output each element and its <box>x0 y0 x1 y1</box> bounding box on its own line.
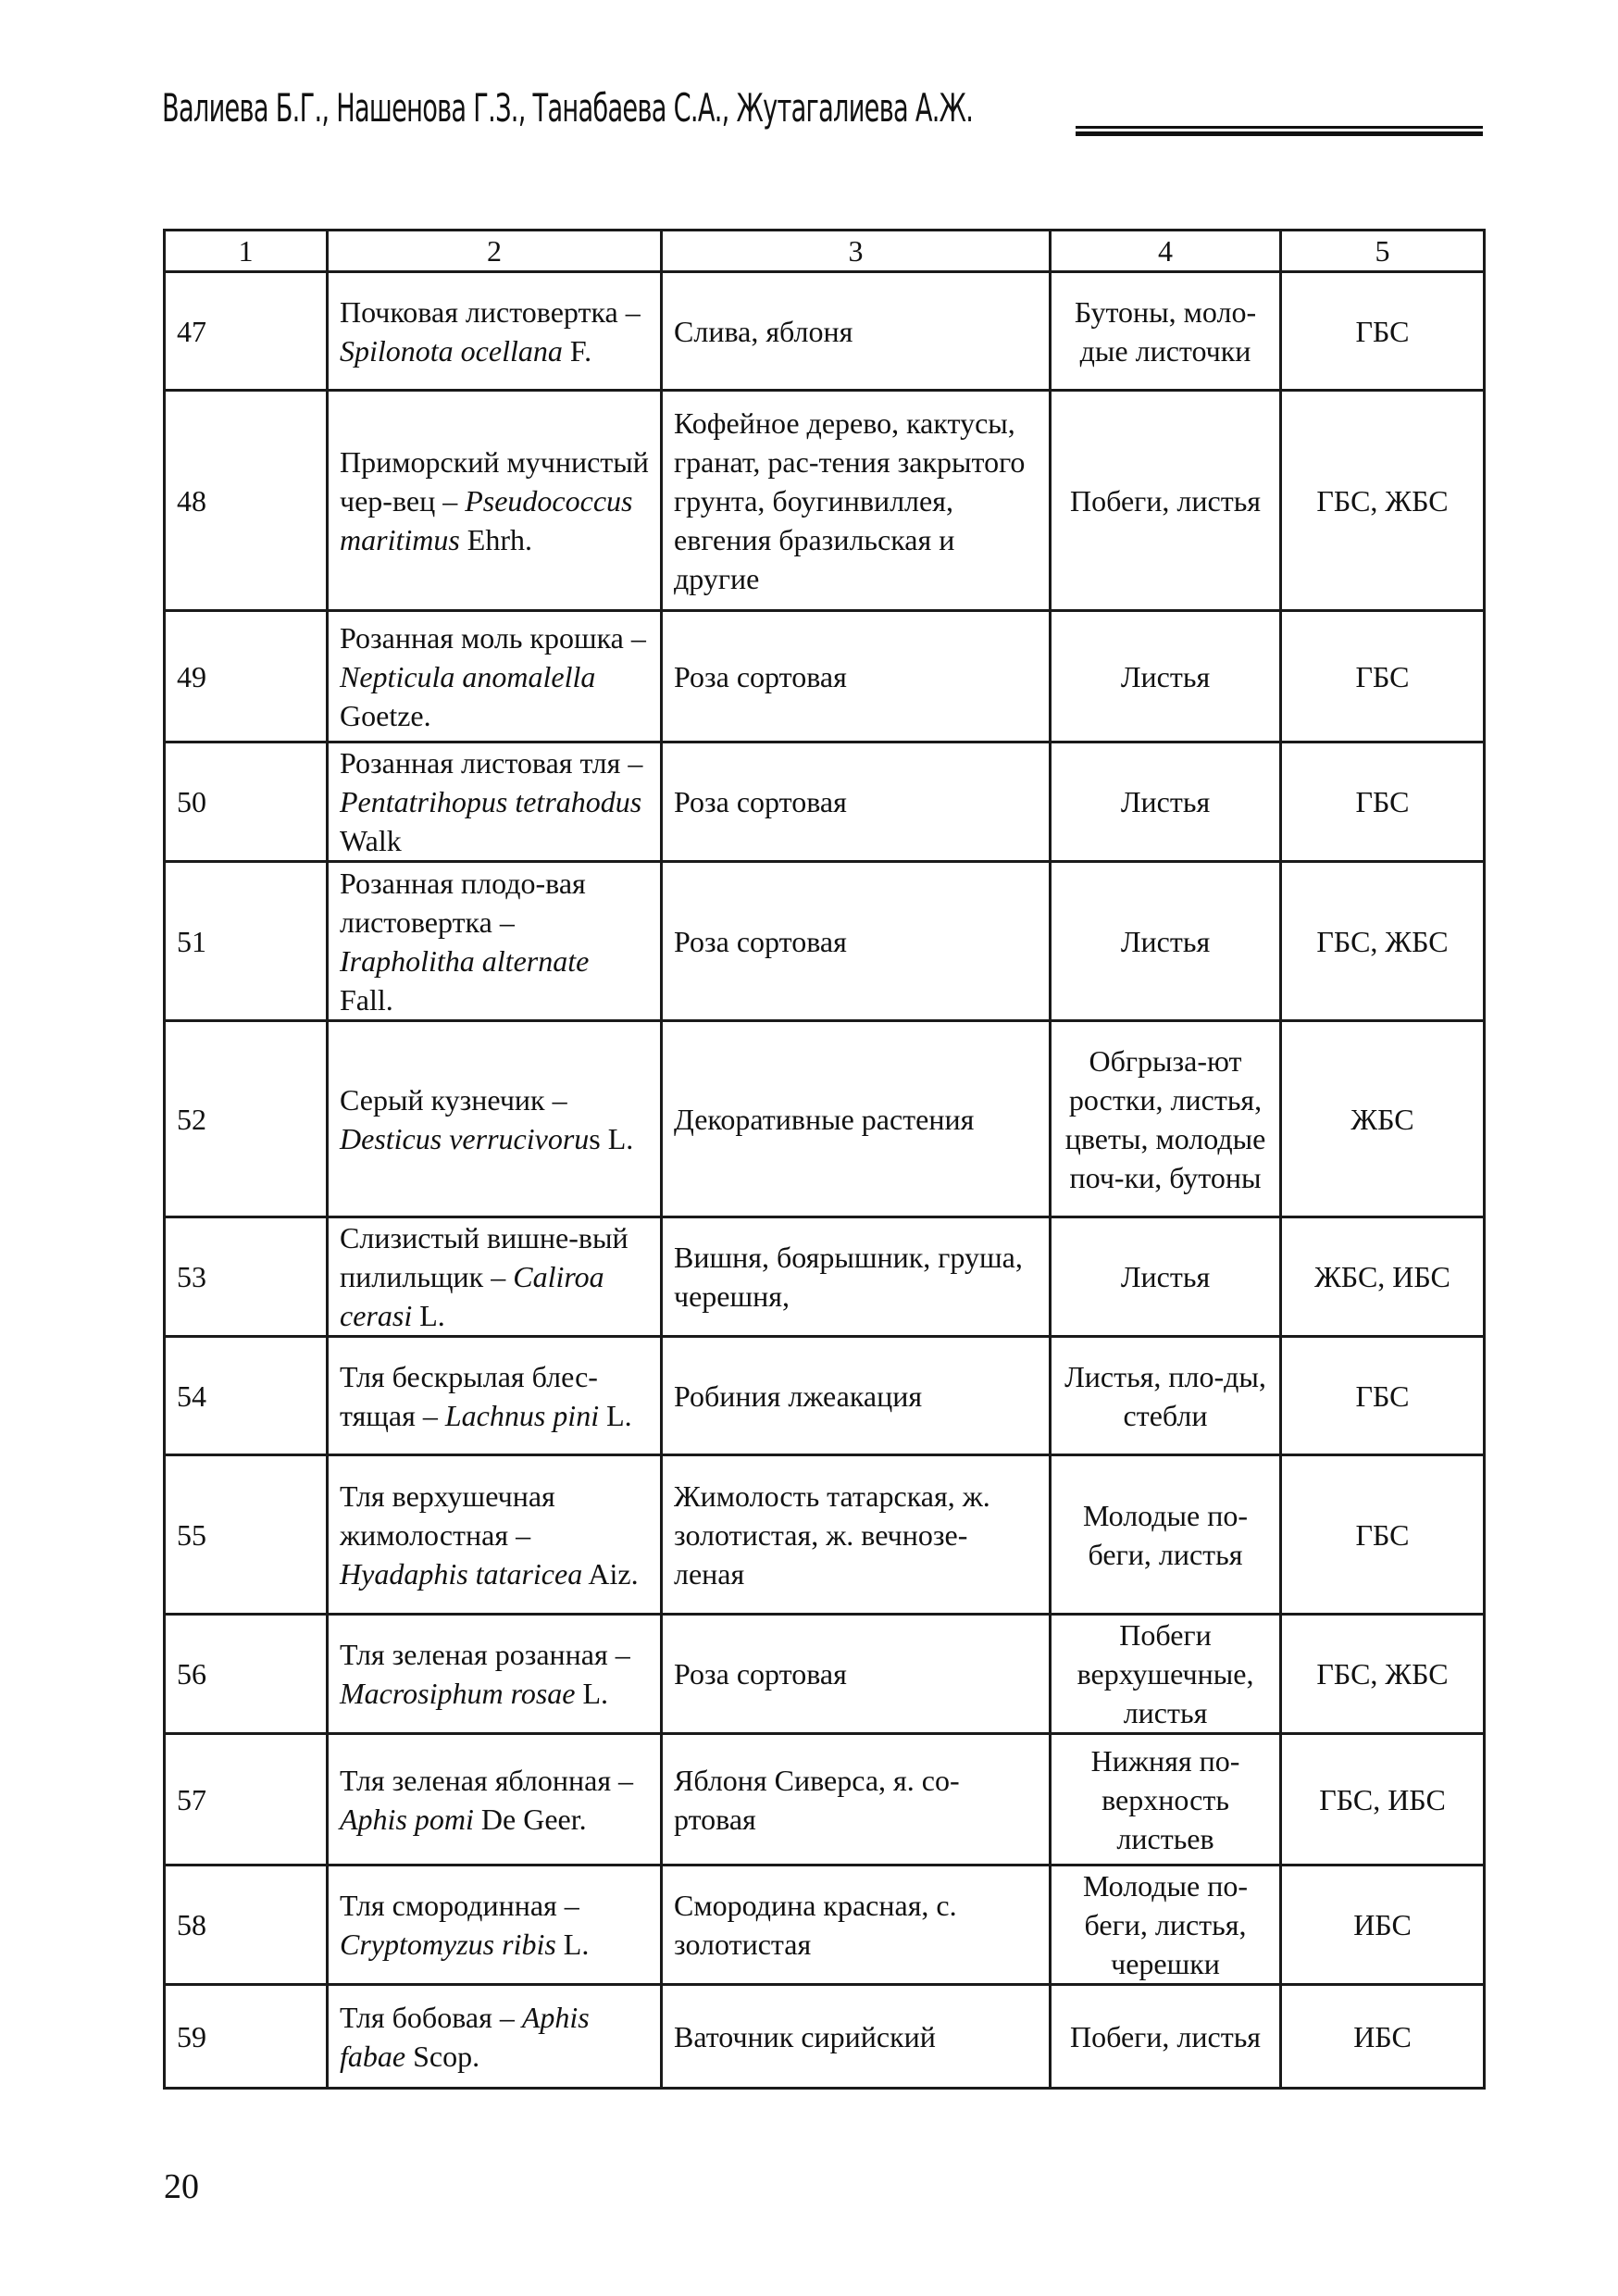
pest-name-scientific: Spilonota ocellana <box>340 334 563 368</box>
damaged-parts: Нижняя по-верхность листьев <box>1051 1734 1281 1865</box>
column-number: 5 <box>1281 231 1485 272</box>
garden-location: ГБС, ЖБС <box>1281 391 1485 611</box>
host-plants: Декоративные растения <box>662 1021 1051 1217</box>
table-row: 58Тля смородинная – Cryptomyzus ribis L.… <box>165 1865 1485 1985</box>
row-number: 52 <box>165 1021 328 1217</box>
pest-name-ru: Тля верхушечная жимолостная – <box>340 1479 555 1552</box>
row-number: 56 <box>165 1615 328 1734</box>
pest-name-ru: Тля смородинная – <box>340 1889 579 1922</box>
column-number: 4 <box>1051 231 1281 272</box>
pest-name-ru: Розанная листовая тля – <box>340 746 642 780</box>
pest-name-scientific: Desticus verrucivoru <box>340 1122 589 1155</box>
header-rule-thin <box>1076 126 1483 129</box>
pest-name-author: L. <box>599 1399 632 1432</box>
row-number: 51 <box>165 862 328 1021</box>
pest-name-ru: Тля зеленая розанная – <box>340 1638 630 1671</box>
table-row: 55Тля верхушечная жимолостная – Hyadaphi… <box>165 1455 1485 1615</box>
pest-name-ru: Почковая листовертка – <box>340 295 641 329</box>
pest-name-author: De Geer. <box>474 1803 587 1836</box>
column-number: 2 <box>328 231 662 272</box>
pest-name: Слизистый вишне-вый пилильщик – Caliroa … <box>328 1217 662 1337</box>
host-plants: Слива, яблоня <box>662 272 1051 391</box>
garden-location: ГБС, ЖБС <box>1281 862 1485 1021</box>
garden-location: ИБС <box>1281 1865 1485 1985</box>
table-row: 52Серый кузнечик – Desticus verrucivorus… <box>165 1021 1485 1217</box>
damaged-parts: Молодые по-беги, листья, черешки <box>1051 1865 1281 1985</box>
pest-name-scientific: Hyadaphis tataricea <box>340 1557 582 1591</box>
damaged-parts: Побеги, листья <box>1051 1985 1281 2089</box>
damaged-parts: Листья, пло-ды, стебли <box>1051 1337 1281 1455</box>
damaged-parts: Бутоны, моло-дые листочки <box>1051 272 1281 391</box>
pest-name-author: s L. <box>589 1122 633 1155</box>
pest-name: Розанная плодо-вая листовертка – Iraphol… <box>328 862 662 1021</box>
pest-name-author: Aiz. <box>582 1557 638 1591</box>
damaged-parts: Побеги, листья <box>1051 391 1281 611</box>
pest-name: Приморский мучнистый чер-вец – Pseudococ… <box>328 391 662 611</box>
pest-name-author: Goetze. <box>340 699 431 732</box>
row-number: 53 <box>165 1217 328 1337</box>
row-number: 49 <box>165 611 328 742</box>
pest-name: Тля бескрылая блес-тящая – Lachnus pini … <box>328 1337 662 1455</box>
row-number: 58 <box>165 1865 328 1985</box>
pest-name-ru: Тля зеленая яблонная – <box>340 1764 633 1797</box>
pest-name-author: Fall. <box>340 983 393 1017</box>
pest-name-scientific: Irapholitha alternate <box>340 944 589 978</box>
pest-name-scientific: Aphis pomi <box>340 1803 474 1836</box>
pest-name: Тля бобовая – Aphis fabae Scop. <box>328 1985 662 2089</box>
pest-name-author: L. <box>412 1299 445 1332</box>
garden-location: ГБС, ЖБС <box>1281 1615 1485 1734</box>
table-row: 49Розанная моль крошка – Nepticula anoma… <box>165 611 1485 742</box>
pest-name-ru: Розанная моль крошка – <box>340 621 646 655</box>
pest-name-ru: Тля бобовая – <box>340 2001 522 2034</box>
pest-name-author: Scop. <box>405 2040 479 2073</box>
host-plants: Ваточник сирийский <box>662 1985 1051 2089</box>
garden-location: ЖБС <box>1281 1021 1485 1217</box>
row-number: 50 <box>165 742 328 862</box>
damaged-parts: Молодые по-беги, листья <box>1051 1455 1281 1615</box>
pest-name-scientific: Pentatrihopus tetrahodus <box>340 785 641 818</box>
host-plants: Кофейное дерево, кактусы, гранат, рас-те… <box>662 391 1051 611</box>
garden-location: ГБС <box>1281 272 1485 391</box>
garden-location: ГБС, ИБС <box>1281 1734 1485 1865</box>
host-plants: Роза сортовая <box>662 742 1051 862</box>
host-plants: Роза сортовая <box>662 1615 1051 1734</box>
pest-name: Почковая листовертка – Spilonota ocellan… <box>328 272 662 391</box>
pest-name-ru: Серый кузнечик – <box>340 1083 567 1117</box>
column-number: 1 <box>165 231 328 272</box>
table-row: 50Розанная листовая тля – Pentatrihopus … <box>165 742 1485 862</box>
garden-location: ГБС <box>1281 742 1485 862</box>
host-plants: Яблоня Сиверса, я. со-ртовая <box>662 1734 1051 1865</box>
garden-location: ИБС <box>1281 1985 1485 2089</box>
garden-location: ГБС <box>1281 611 1485 742</box>
pest-name: Розанная листовая тля – Pentatrihopus te… <box>328 742 662 862</box>
table-row: 59Тля бобовая – Aphis fabae Scop.Ваточни… <box>165 1985 1485 2089</box>
table-row: 48Приморский мучнистый чер-вец – Pseudoc… <box>165 391 1485 611</box>
table-row: 56Тля зеленая розанная – Macrosiphum ros… <box>165 1615 1485 1734</box>
pest-name-scientific: Nepticula anomalella <box>340 660 595 693</box>
damaged-parts: Листья <box>1051 862 1281 1021</box>
pest-name-author: Walk <box>340 824 402 857</box>
pest-name-author: Ehrh. <box>460 523 532 556</box>
row-number: 57 <box>165 1734 328 1865</box>
pest-name-author: F. <box>563 334 591 368</box>
pest-name-author: L. <box>576 1677 609 1710</box>
row-number: 59 <box>165 1985 328 2089</box>
host-plants: Роза сортовая <box>662 862 1051 1021</box>
table-row: 57Тля зеленая яблонная – Aphis pomi De G… <box>165 1734 1485 1865</box>
page-number: 20 <box>164 2166 199 2207</box>
column-number: 3 <box>662 231 1051 272</box>
pest-name: Розанная моль крошка – Nepticula anomale… <box>328 611 662 742</box>
damaged-parts: Обгрыза-ют ростки, листья, цветы, молоды… <box>1051 1021 1281 1217</box>
pest-name: Серый кузнечик – Desticus verrucivorus L… <box>328 1021 662 1217</box>
host-plants: Роза сортовая <box>662 611 1051 742</box>
row-number: 47 <box>165 272 328 391</box>
pest-name-scientific: Cryptomyzus ribis <box>340 1928 556 1961</box>
table-row: 51Розанная плодо-вая листовертка – Iraph… <box>165 862 1485 1021</box>
host-plants: Робиния лжеакация <box>662 1337 1051 1455</box>
garden-location: ГБС <box>1281 1337 1485 1455</box>
pest-name: Тля верхушечная жимолостная – Hyadaphis … <box>328 1455 662 1615</box>
damaged-parts: Листья <box>1051 611 1281 742</box>
damaged-parts: Листья <box>1051 742 1281 862</box>
garden-location: ЖБС, ИБС <box>1281 1217 1485 1337</box>
table-row: 54Тля бескрылая блес-тящая – Lachnus pin… <box>165 1337 1485 1455</box>
host-plants: Вишня, боярышник, груша, черешня, <box>662 1217 1051 1337</box>
table-row: 53Слизистый вишне-вый пилильщик – Caliro… <box>165 1217 1485 1337</box>
row-number: 48 <box>165 391 328 611</box>
row-number: 54 <box>165 1337 328 1455</box>
column-number-row: 1 2 3 4 5 <box>165 231 1485 272</box>
garden-location: ГБС <box>1281 1455 1485 1615</box>
damaged-parts: Листья <box>1051 1217 1281 1337</box>
pest-name-ru: Розанная плодо-вая листовертка – <box>340 867 586 939</box>
pest-table: 1 2 3 4 5 47Почковая листовертка – Spilo… <box>163 229 1486 2090</box>
table-row: 47Почковая листовертка – Spilonota ocell… <box>165 272 1485 391</box>
pest-name: Тля смородинная – Cryptomyzus ribis L. <box>328 1865 662 1985</box>
pest-name-scientific: Macrosiphum rosae <box>340 1677 576 1710</box>
pest-name: Тля зеленая розанная – Macrosiphum rosae… <box>328 1615 662 1734</box>
header-rule-thick <box>1076 131 1483 136</box>
pest-name-author: L. <box>556 1928 590 1961</box>
pest-name: Тля зеленая яблонная – Aphis pomi De Gee… <box>328 1734 662 1865</box>
damaged-parts: Побеги верхушечные, листья <box>1051 1615 1281 1734</box>
row-number: 55 <box>165 1455 328 1615</box>
running-header-authors: Валиева Б.Г., Нашенова Г.З., Танабаева С… <box>162 85 973 141</box>
host-plants: Жимолость татарская, ж. золотистая, ж. в… <box>662 1455 1051 1615</box>
host-plants: Смородина красная, с. золотистая <box>662 1865 1051 1985</box>
pest-name-scientific: Lachnus pini <box>445 1399 599 1432</box>
